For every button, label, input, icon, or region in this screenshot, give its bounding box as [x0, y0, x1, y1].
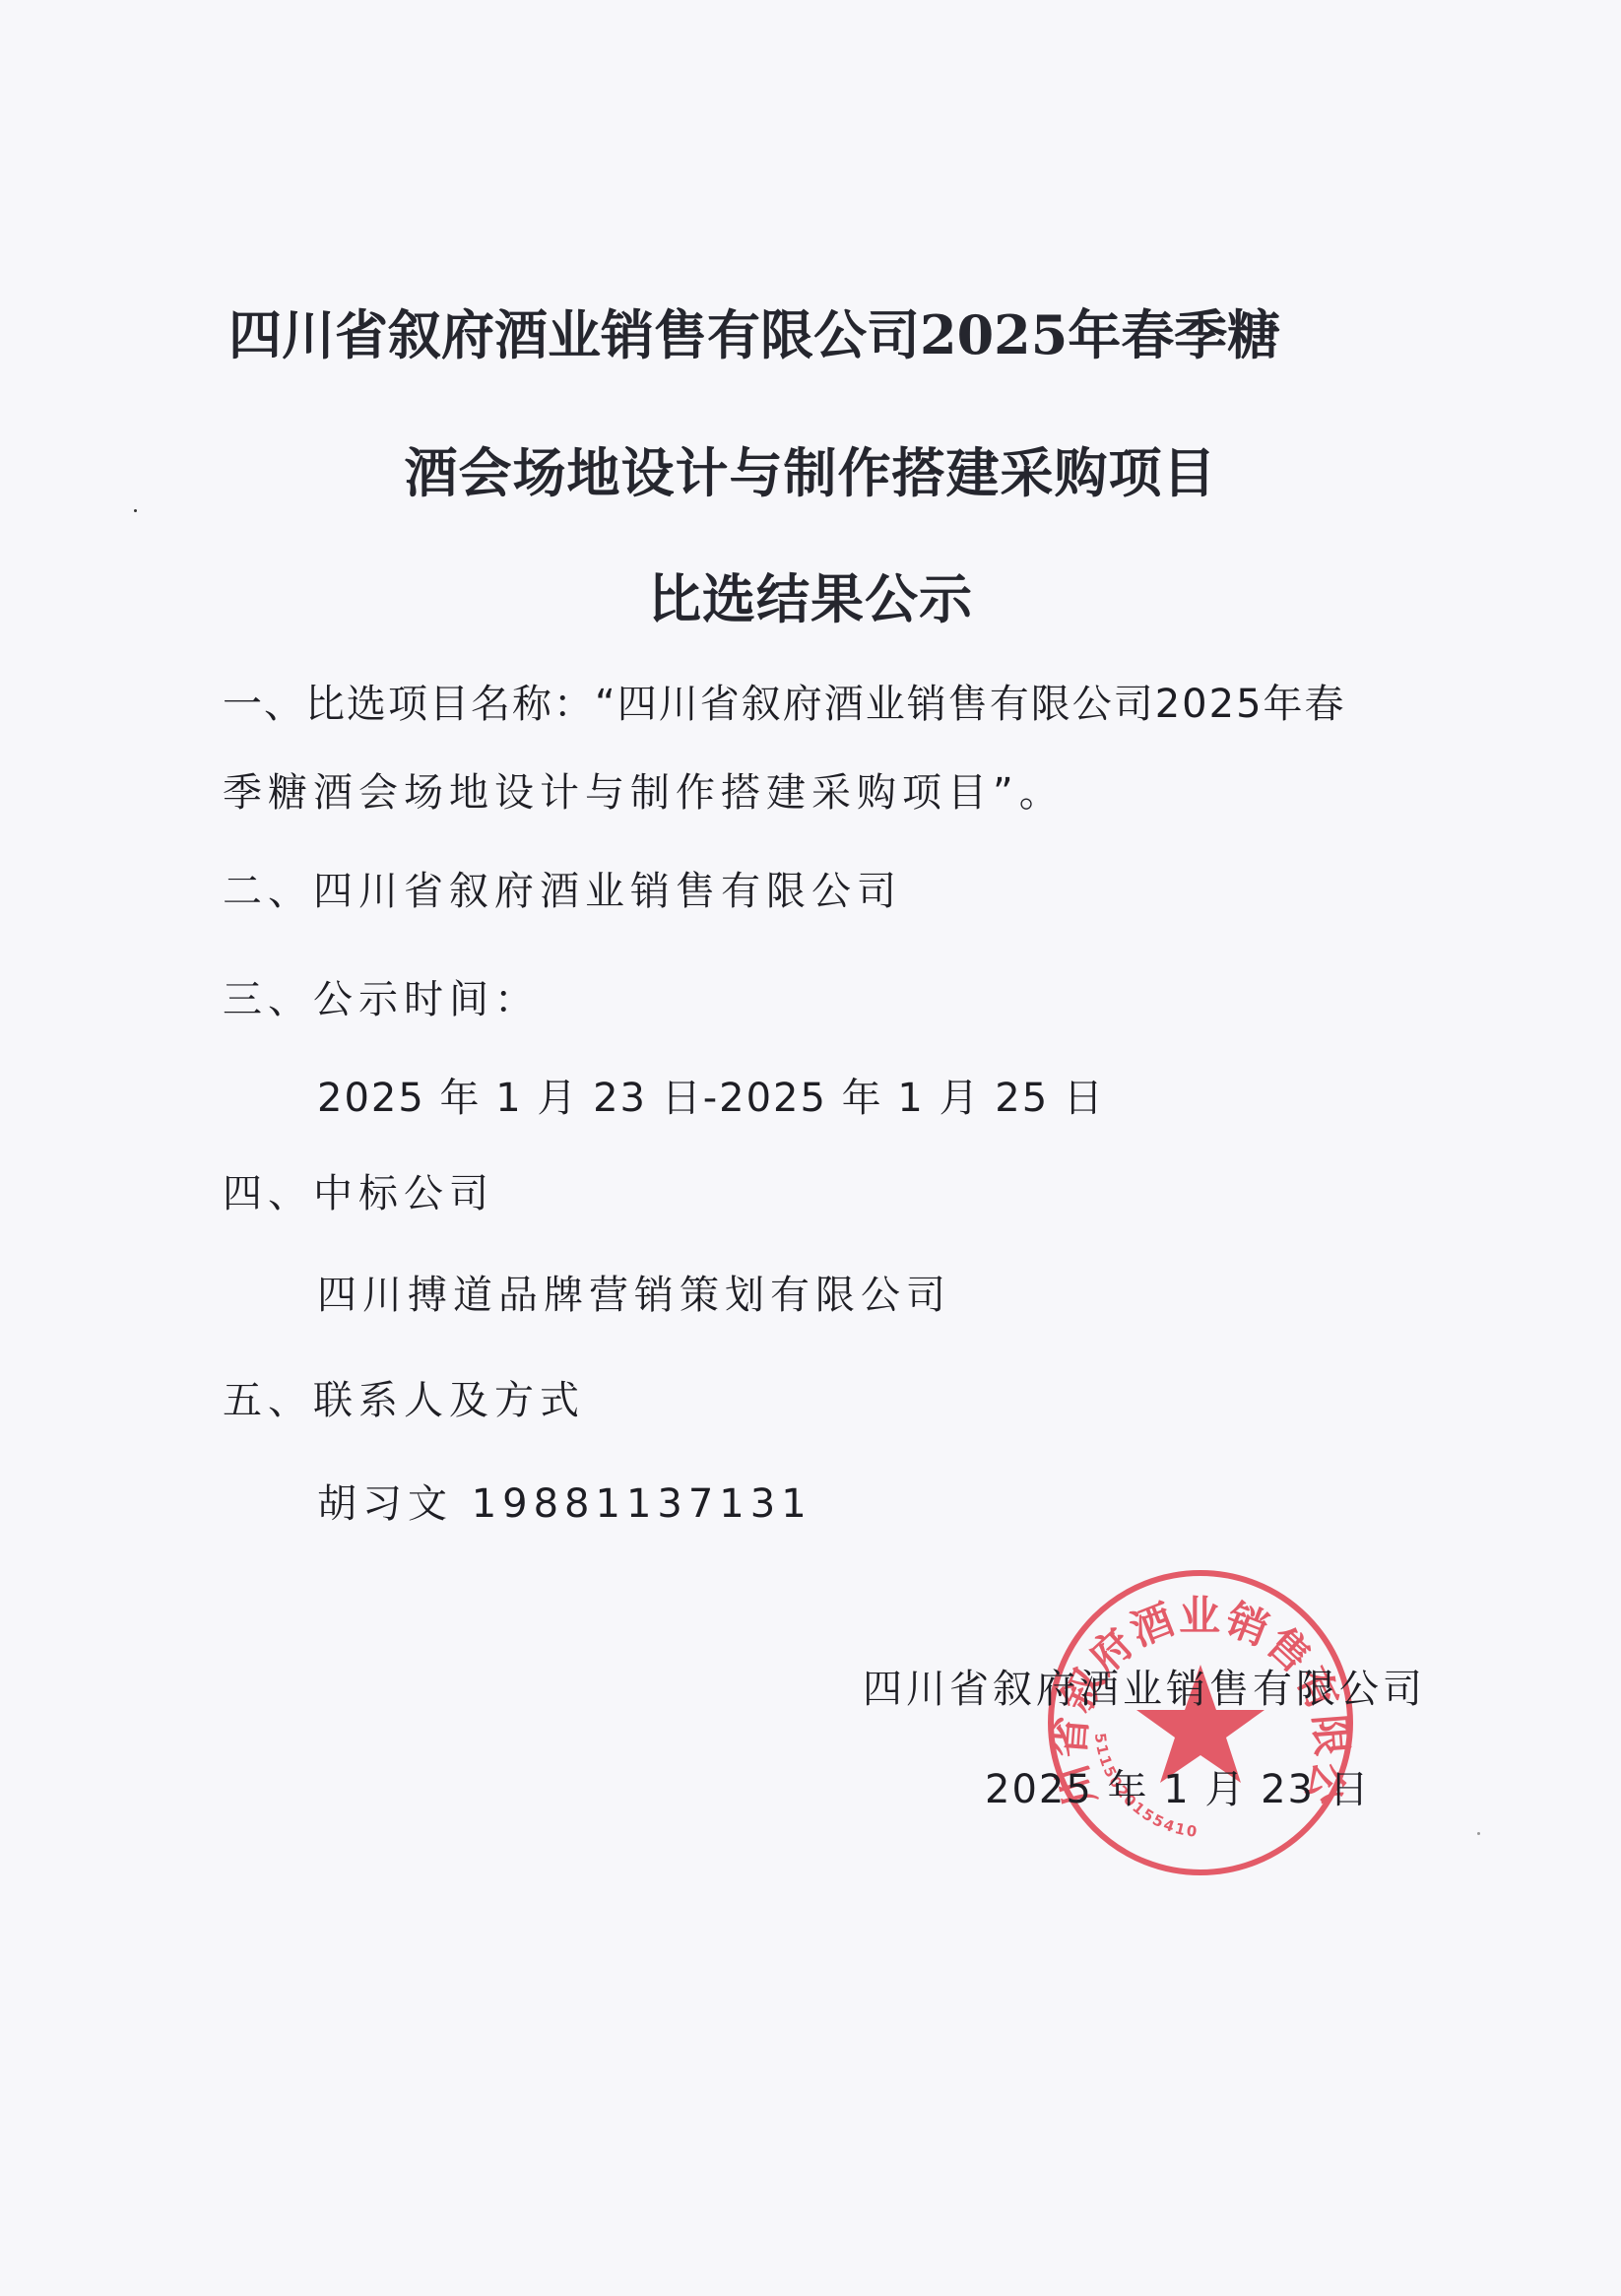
- scan-speck: [134, 509, 137, 512]
- section-4-winning-company: 四川搏道品牌营销策划有限公司: [317, 1264, 951, 1320]
- section-1-project-name: 一、比选项目名称：“四川省叙府酒业销售有限公司2025年春: [223, 673, 1346, 729]
- section-5-heading: 五、联系人及方式: [223, 1369, 585, 1425]
- section-3-heading: 三、公示时间：: [223, 968, 540, 1024]
- signature-company: 四川省叙府酒业销售有限公司: [863, 1658, 1426, 1714]
- section-4-heading: 四、中标公司: [223, 1162, 494, 1218]
- title-line-1: 四川省叙府酒业销售有限公司2025年春季糖: [228, 294, 1410, 369]
- scan-speck: [1477, 1832, 1480, 1835]
- title-line-3: 比选结果公示: [0, 558, 1621, 633]
- section-3-publicity-period: 2025 年 1 月 23 日-2025 年 1 月 25 日: [317, 1067, 1105, 1123]
- section-5-contact: 胡习文 19881137131: [317, 1473, 812, 1529]
- section-1-project-name-cont: 季糖酒会场地设计与制作搭建采购项目”。: [223, 761, 1065, 818]
- document-page: 四川省叙府酒业销售有限公司2025年春季糖 酒会场地设计与制作搭建采购项目 比选…: [0, 0, 1621, 2296]
- signature-date: 2025 年 1 月 23 日: [985, 1758, 1371, 1814]
- company-seal-icon: 四川省叙府酒业销售有限公司 5115020155410: [1044, 1566, 1357, 1879]
- section-2-purchaser: 二、四川省叙府酒业销售有限公司: [223, 860, 902, 916]
- title-line-2: 酒会场地设计与制作搭建采购项目: [0, 431, 1621, 507]
